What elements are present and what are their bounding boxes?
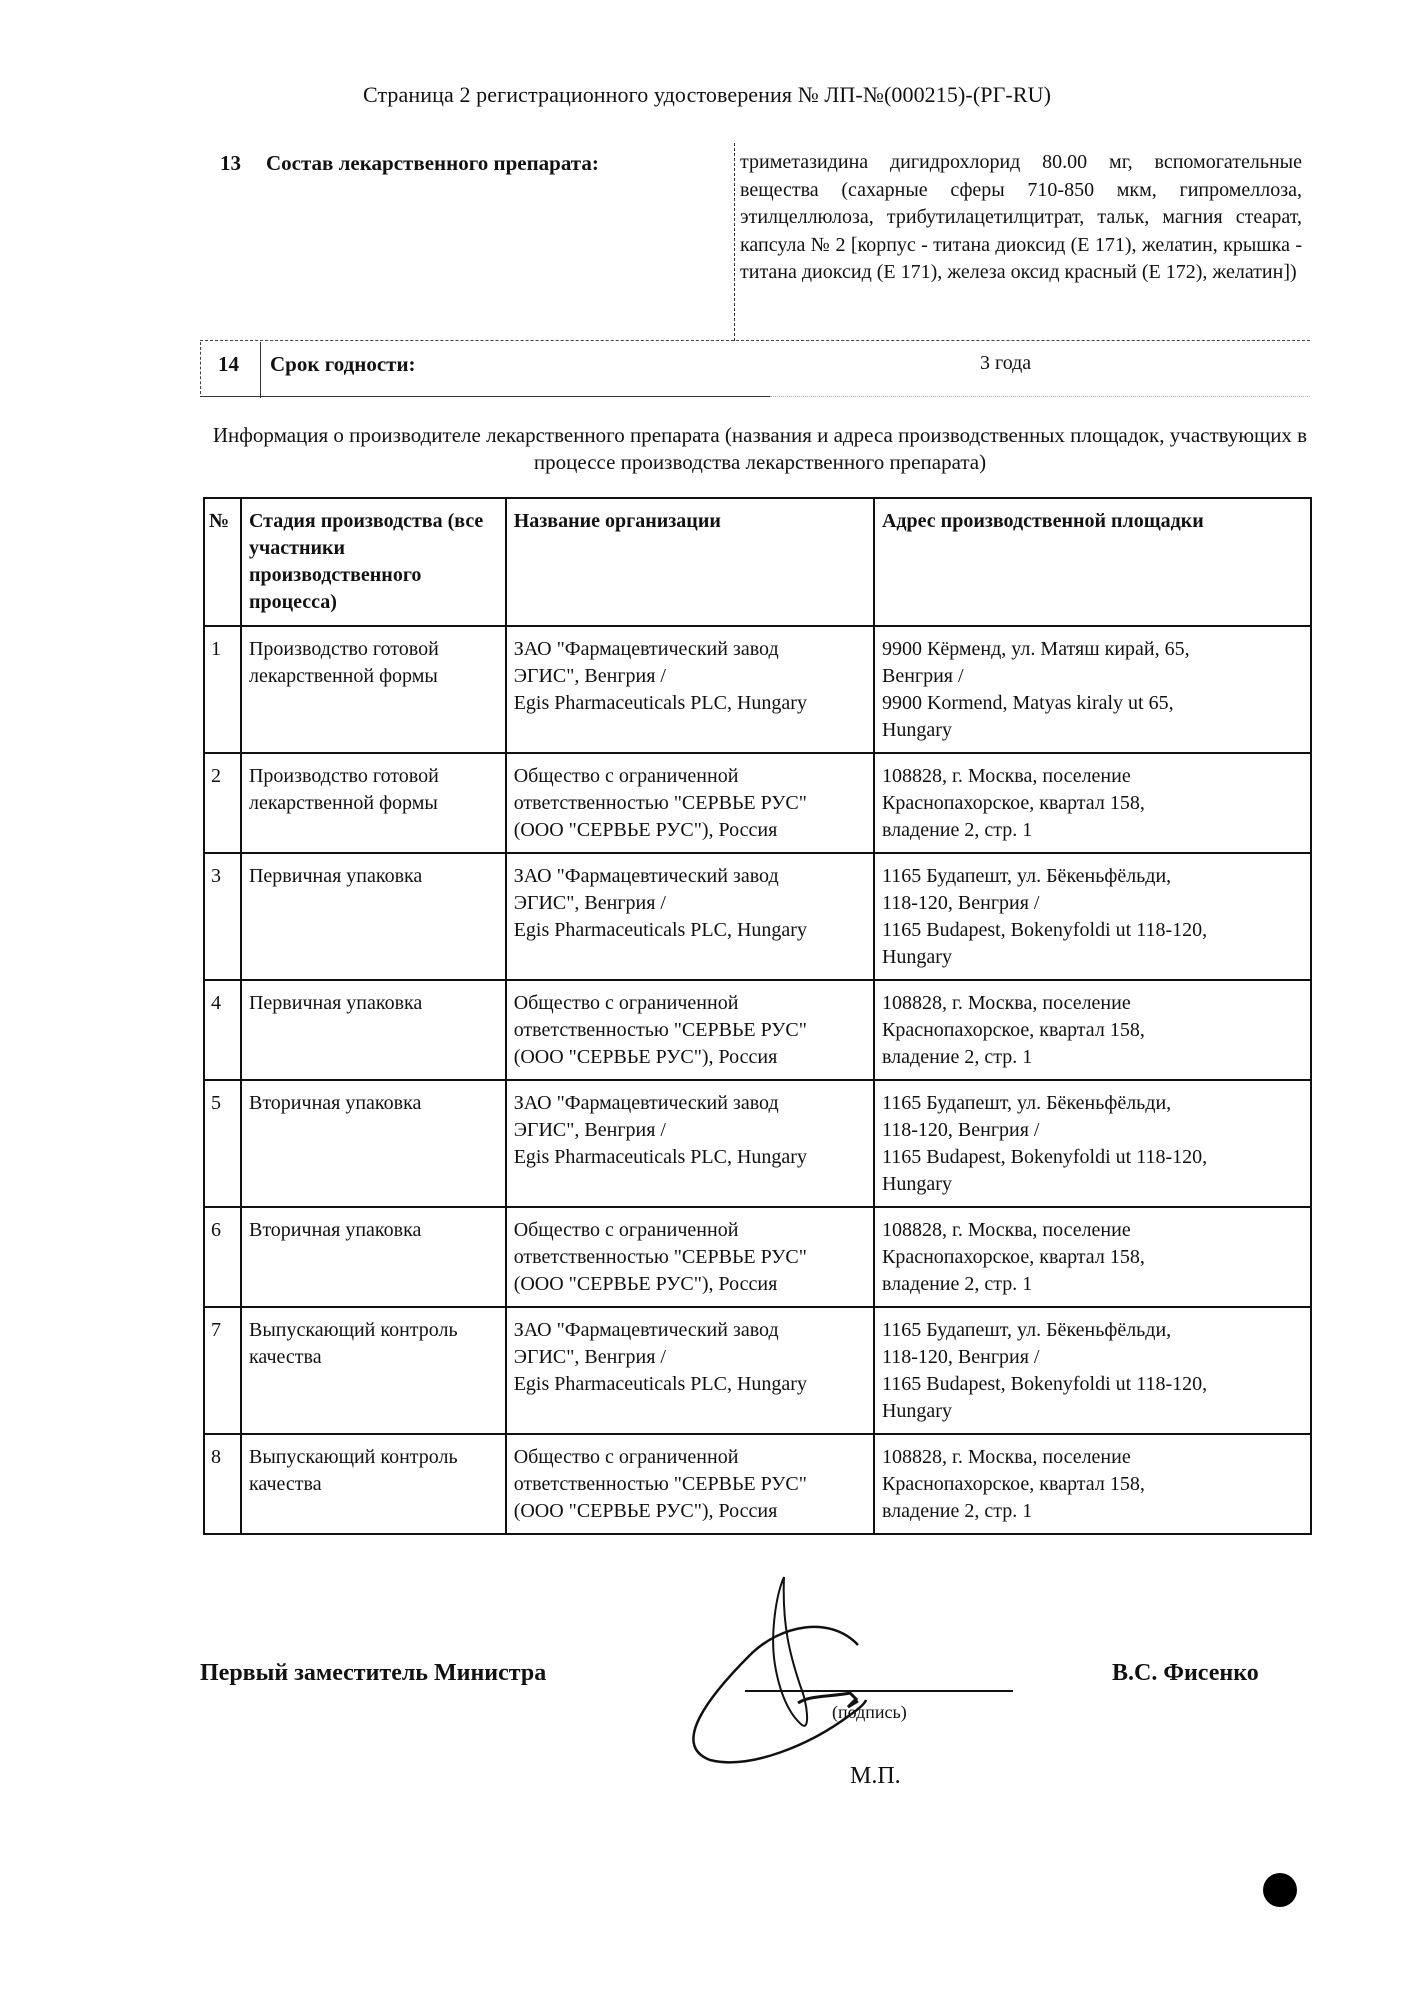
- cell-organization: Общество с ограниченнойответственностью …: [506, 753, 874, 853]
- cell-number: 2: [204, 753, 241, 853]
- address-line: 1165 Будапешт, ул. Бёкеньфёльди,: [882, 863, 1303, 890]
- address-line: владение 2, стр. 1: [882, 1271, 1303, 1298]
- organization-line: Egis Pharmaceuticals PLC, Hungary: [514, 690, 866, 717]
- table-header-row: № Стадия производства (все участники про…: [204, 498, 1311, 626]
- cell-stage: Первичная упаковка: [241, 853, 506, 980]
- cell-organization: Общество с ограниченнойответственностью …: [506, 1434, 874, 1534]
- organization-line: ЭГИС", Венгрия /: [514, 1117, 866, 1144]
- address-line: 108828, г. Москва, поселение: [882, 1444, 1303, 1471]
- organization-line: Общество с ограниченной: [514, 763, 866, 790]
- row-divider: [770, 396, 1310, 397]
- cell-organization: ЗАО "Фармацевтический заводЭГИС", Венгри…: [506, 1080, 874, 1207]
- organization-line: Общество с ограниченной: [514, 1217, 866, 1244]
- address-line: 9900 Kormend, Matyas kiraly ut 65,: [882, 690, 1303, 717]
- cell-stage: Вторичная упаковка: [241, 1207, 506, 1307]
- cell-address: 1165 Будапешт, ул. Бёкеньфёльди,118-120,…: [874, 1080, 1311, 1207]
- address-line: владение 2, стр. 1: [882, 817, 1303, 844]
- address-line: Краснопахорское, квартал 158,: [882, 1244, 1303, 1271]
- organization-line: Общество с ограниченной: [514, 1444, 866, 1471]
- cell-address: 108828, г. Москва, поселениеКраснопахорс…: [874, 980, 1311, 1080]
- cell-stage: Выпускающий контроль качества: [241, 1307, 506, 1434]
- organization-line: Egis Pharmaceuticals PLC, Hungary: [514, 1371, 866, 1398]
- column-header-stage: Стадия производства (все участники произ…: [241, 498, 506, 626]
- address-line: 118-120, Венгрия /: [882, 890, 1303, 917]
- address-line: Hungary: [882, 944, 1303, 971]
- organization-line: (ООО "СЕРВЬЕ РУС"), Россия: [514, 1044, 866, 1071]
- address-line: владение 2, стр. 1: [882, 1498, 1303, 1525]
- cell-stage: Производство готовой лекарственной формы: [241, 753, 506, 853]
- cell-stage: Производство готовой лекарственной формы: [241, 626, 506, 753]
- address-line: 9900 Кёрменд, ул. Матяш кирай, 65,: [882, 636, 1303, 663]
- section-shelf-life: 14 Срок годности: 3 года: [200, 342, 1310, 400]
- column-header-organization: Название организации: [506, 498, 874, 626]
- table-row: 2Производство готовой лекарственной форм…: [204, 753, 1311, 853]
- cell-stage: Вторичная упаковка: [241, 1080, 506, 1207]
- organization-line: ЭГИС", Венгрия /: [514, 663, 866, 690]
- row-border: [200, 342, 201, 394]
- section-number: 13: [220, 151, 241, 176]
- address-line: Hungary: [882, 1398, 1303, 1425]
- address-line: Краснопахорское, квартал 158,: [882, 1471, 1303, 1498]
- signatory-name: В.С. Фисенко: [1112, 1660, 1259, 1687]
- section-label: Срок годности:: [270, 352, 416, 377]
- signatory-position: Первый заместитель Министра: [200, 1660, 546, 1687]
- cell-organization: ЗАО "Фармацевтический заводЭГИС", Венгри…: [506, 853, 874, 980]
- organization-line: ответственностью "СЕРВЬЕ РУС": [514, 1017, 866, 1044]
- column-header-number: №: [204, 498, 241, 626]
- organization-line: ЭГИС", Венгрия /: [514, 890, 866, 917]
- section-value: 3 года: [980, 352, 1031, 375]
- organization-line: ЗАО "Фармацевтический завод: [514, 1317, 866, 1344]
- cell-number: 4: [204, 980, 241, 1080]
- address-line: 1165 Будапешт, ул. Бёкеньфёльди,: [882, 1317, 1303, 1344]
- cell-organization: ЗАО "Фармацевтический заводЭГИС", Венгри…: [506, 626, 874, 753]
- address-line: 1165 Budapest, Bokenyfoldi ut 118-120,: [882, 1371, 1303, 1398]
- organization-line: Общество с ограниченной: [514, 990, 866, 1017]
- organization-line: ЗАО "Фармацевтический завод: [514, 863, 866, 890]
- organization-line: (ООО "СЕРВЬЕ РУС"), Россия: [514, 1271, 866, 1298]
- cell-address: 108828, г. Москва, поселениеКраснопахорс…: [874, 1434, 1311, 1534]
- address-line: Hungary: [882, 1171, 1303, 1198]
- organization-line: (ООО "СЕРВЬЕ РУС"), Россия: [514, 1498, 866, 1525]
- table-row: 7Выпускающий контроль качестваЗАО "Фарма…: [204, 1307, 1311, 1434]
- signature-caption: (подпись): [832, 1702, 907, 1723]
- cell-number: 7: [204, 1307, 241, 1434]
- organization-line: ЗАО "Фармацевтический завод: [514, 1090, 866, 1117]
- cell-organization: Общество с ограниченнойответственностью …: [506, 1207, 874, 1307]
- address-line: 108828, г. Москва, поселение: [882, 1217, 1303, 1244]
- table-row: 5Вторичная упаковкаЗАО "Фармацевтический…: [204, 1080, 1311, 1207]
- section-composition: 13 Состав лекарственного препарата: трим…: [200, 143, 1310, 339]
- organization-line: Egis Pharmaceuticals PLC, Hungary: [514, 1144, 866, 1171]
- section-number: 14: [218, 352, 239, 377]
- column-divider: [260, 342, 261, 398]
- table-row: 8Выпускающий контроль качестваОбщество с…: [204, 1434, 1311, 1534]
- table-row: 4Первичная упаковкаОбщество с ограниченн…: [204, 980, 1311, 1080]
- cell-number: 3: [204, 853, 241, 980]
- organization-line: ответственностью "СЕРВЬЕ РУС": [514, 1471, 866, 1498]
- cell-number: 6: [204, 1207, 241, 1307]
- table-row: 3Первичная упаковкаЗАО "Фармацевтический…: [204, 853, 1311, 980]
- scan-dot-mark: [1263, 1873, 1297, 1907]
- manufacturer-info-heading: Информация о производителе лекарственног…: [200, 422, 1320, 476]
- cell-organization: Общество с ограниченнойответственностью …: [506, 980, 874, 1080]
- address-line: 1165 Budapest, Bokenyfoldi ut 118-120,: [882, 1144, 1303, 1171]
- organization-line: ответственностью "СЕРВЬЕ РУС": [514, 790, 866, 817]
- organization-line: ответственностью "СЕРВЬЕ РУС": [514, 1244, 866, 1271]
- address-line: владение 2, стр. 1: [882, 1044, 1303, 1071]
- row-divider: [200, 340, 1310, 341]
- signature-line: [745, 1690, 1013, 1692]
- column-header-address: Адрес производственной площадки: [874, 498, 1311, 626]
- address-line: 1165 Будапешт, ул. Бёкеньфёльди,: [882, 1090, 1303, 1117]
- cell-number: 8: [204, 1434, 241, 1534]
- manufacturers-table: № Стадия производства (все участники про…: [203, 497, 1312, 1535]
- organization-line: Egis Pharmaceuticals PLC, Hungary: [514, 917, 866, 944]
- address-line: 118-120, Венгрия /: [882, 1344, 1303, 1371]
- row-divider: [200, 396, 770, 397]
- cell-number: 5: [204, 1080, 241, 1207]
- cell-address: 108828, г. Москва, поселениеКраснопахорс…: [874, 1207, 1311, 1307]
- cell-address: 1165 Будапешт, ул. Бёкеньфёльди,118-120,…: [874, 853, 1311, 980]
- table-row: 6Вторичная упаковкаОбщество с ограниченн…: [204, 1207, 1311, 1307]
- cell-number: 1: [204, 626, 241, 753]
- organization-line: ЗАО "Фармацевтический завод: [514, 636, 866, 663]
- address-line: Краснопахорское, квартал 158,: [882, 790, 1303, 817]
- address-line: Венгрия /: [882, 663, 1303, 690]
- organization-line: ЭГИС", Венгрия /: [514, 1344, 866, 1371]
- organization-line: (ООО "СЕРВЬЕ РУС"), Россия: [514, 817, 866, 844]
- cell-organization: ЗАО "Фармацевтический заводЭГИС", Венгри…: [506, 1307, 874, 1434]
- cell-address: 1165 Будапешт, ул. Бёкеньфёльди,118-120,…: [874, 1307, 1311, 1434]
- address-line: 108828, г. Москва, поселение: [882, 990, 1303, 1017]
- stamp-mark: М.П.: [850, 1763, 901, 1790]
- cell-address: 9900 Кёрменд, ул. Матяш кирай, 65,Венгри…: [874, 626, 1311, 753]
- address-line: 1165 Budapest, Bokenyfoldi ut 118-120,: [882, 917, 1303, 944]
- section-label: Состав лекарственного препарата:: [266, 151, 599, 176]
- address-line: Hungary: [882, 717, 1303, 744]
- page-header: Страница 2 регистрационного удостоверени…: [0, 82, 1414, 108]
- cell-address: 108828, г. Москва, поселениеКраснопахорс…: [874, 753, 1311, 853]
- cell-stage: Выпускающий контроль качества: [241, 1434, 506, 1534]
- address-line: 118-120, Венгрия /: [882, 1117, 1303, 1144]
- signature-scribble: [680, 1575, 940, 1765]
- address-line: 108828, г. Москва, поселение: [882, 763, 1303, 790]
- cell-stage: Первичная упаковка: [241, 980, 506, 1080]
- address-line: Краснопахорское, квартал 158,: [882, 1017, 1303, 1044]
- section-value: триметазидина дигидрохлорид 80.00 мг, вс…: [740, 149, 1302, 287]
- column-divider: [734, 143, 735, 341]
- table-row: 1Производство готовой лекарственной форм…: [204, 626, 1311, 753]
